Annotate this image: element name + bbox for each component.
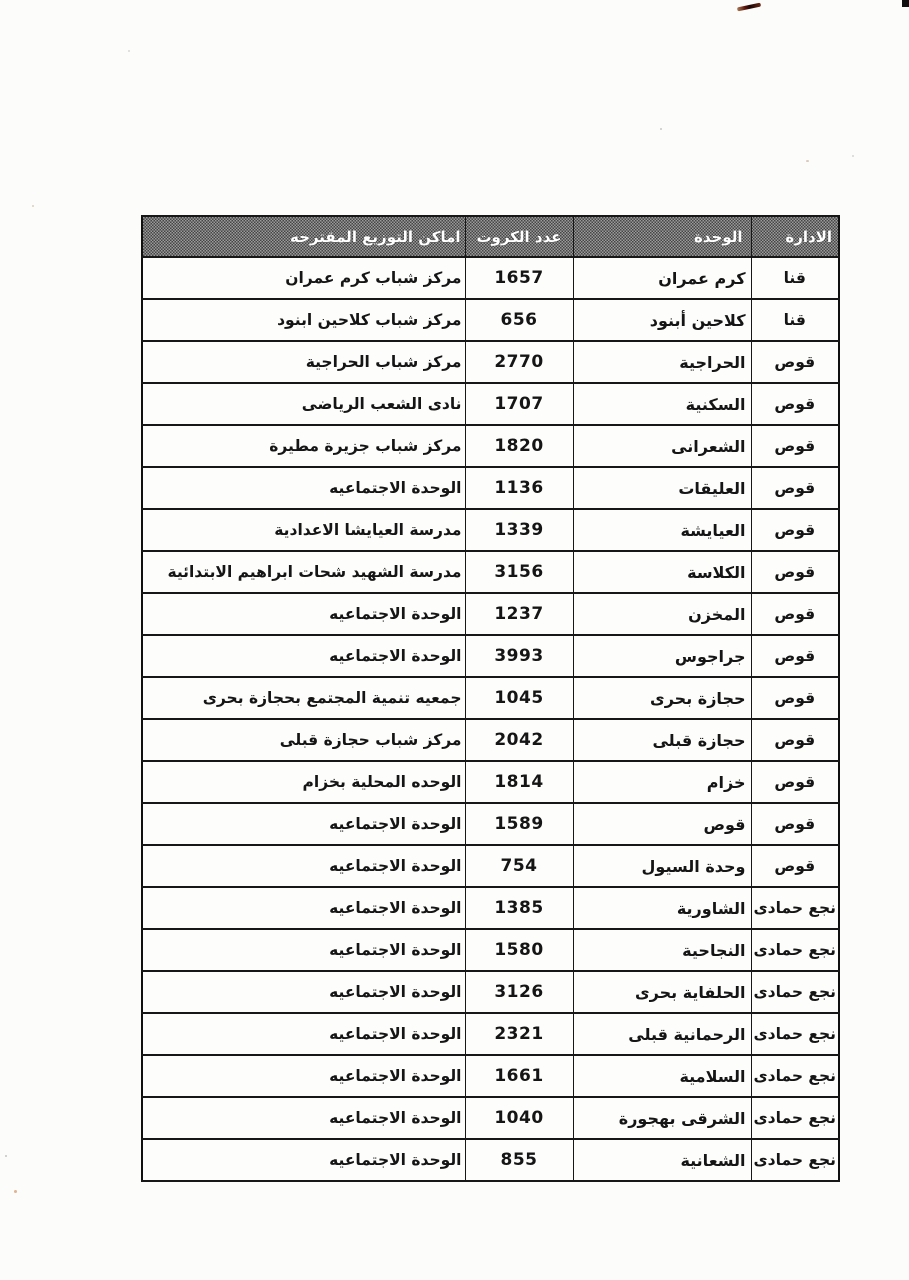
cell-place: الوحدة الاجتماعيه [142, 1097, 465, 1139]
cell-idara: قوص [751, 719, 839, 761]
cell-place: مدرسة العيايشا الاعدادية [142, 509, 465, 551]
table-row: قوصجراجوس3993الوحدة الاجتماعيه [142, 635, 839, 677]
cell-place: الوحدة الاجتماعيه [142, 1139, 465, 1181]
cell-place: الوحدة الاجتماعيه [142, 1013, 465, 1055]
table-row: قوصحجازة بحرى1045جمعيه تنمية المجتمع بحج… [142, 677, 839, 719]
cell-idara: قوص [751, 341, 839, 383]
cell-place: الوحدة الاجتماعيه [142, 887, 465, 929]
scan-speck [852, 155, 854, 157]
header-wahda: الوحدة [573, 216, 751, 257]
cell-place: الوحدة الاجتماعيه [142, 635, 465, 677]
scan-corner-mark [902, 0, 909, 7]
cell-place: مركز شباب كلاحين ابنود [142, 299, 465, 341]
cell-idara: قوص [751, 383, 839, 425]
scan-speck [5, 1155, 7, 1157]
cell-place: الوحده المحلية بخزام [142, 761, 465, 803]
cell-place: جمعيه تنمية المجتمع بحجازة بحرى [142, 677, 465, 719]
cell-wahda: الرحمانية قبلى [573, 1013, 751, 1055]
cell-place: الوحدة الاجتماعيه [142, 929, 465, 971]
cell-idara: نجع حمادى [751, 1055, 839, 1097]
table-row: قوصوحدة السيول754الوحدة الاجتماعيه [142, 845, 839, 887]
table-row: قوصخزام1814الوحده المحلية بخزام [142, 761, 839, 803]
cell-cards: 1136 [465, 467, 573, 509]
cell-wahda: كلاحين أبنود [573, 299, 751, 341]
table-row: قوصالسكنية1707نادى الشعب الرياضى [142, 383, 839, 425]
cell-cards: 1820 [465, 425, 573, 467]
table-row: قوصالكلاسة3156مدرسة الشهيد شحات ابراهيم … [142, 551, 839, 593]
scan-speck [806, 160, 809, 162]
header-distribution-places: اماكن التوزيع المقترحه [142, 216, 465, 257]
table-row: نجع حمادىالحلفاية بحرى3126الوحدة الاجتما… [142, 971, 839, 1013]
cell-place: مركز شباب حجازة قبلى [142, 719, 465, 761]
cell-wahda: الحراجية [573, 341, 751, 383]
cell-idara: نجع حمادى [751, 1139, 839, 1181]
cell-wahda: العليقات [573, 467, 751, 509]
cell-cards: 656 [465, 299, 573, 341]
cell-wahda: المخزن [573, 593, 751, 635]
cell-idara: نجع حمادى [751, 1097, 839, 1139]
cell-wahda: العيايشة [573, 509, 751, 551]
cell-cards: 1237 [465, 593, 573, 635]
table-row: قوصالمخزن1237الوحدة الاجتماعيه [142, 593, 839, 635]
table-row: قناكرم عمران1657مركز شباب كرم عمران [142, 257, 839, 299]
cell-wahda: السكنية [573, 383, 751, 425]
cell-cards: 1339 [465, 509, 573, 551]
cell-idara: قوص [751, 593, 839, 635]
cell-wahda: وحدة السيول [573, 845, 751, 887]
cell-cards: 1385 [465, 887, 573, 929]
table-row: نجع حمادىالشرقى بهجورة1040الوحدة الاجتما… [142, 1097, 839, 1139]
cell-wahda: الكلاسة [573, 551, 751, 593]
cell-idara: نجع حمادى [751, 971, 839, 1013]
cell-idara: قوص [751, 425, 839, 467]
cell-cards: 2042 [465, 719, 573, 761]
cell-idara: قوص [751, 845, 839, 887]
table-row: قوصقوص1589الوحدة الاجتماعيه [142, 803, 839, 845]
cell-place: الوحدة الاجتماعيه [142, 1055, 465, 1097]
cell-place: الوحدة الاجتماعيه [142, 845, 465, 887]
scan-speck [128, 50, 130, 52]
cell-cards: 2770 [465, 341, 573, 383]
header-cards-count: عدد الكروت [465, 216, 573, 257]
table-row: قناكلاحين أبنود656مركز شباب كلاحين ابنود [142, 299, 839, 341]
table-row: نجع حمادىالرحمانية قبلى2321الوحدة الاجتم… [142, 1013, 839, 1055]
cell-cards: 3993 [465, 635, 573, 677]
table-row: نجع حمادىالشاورية1385الوحدة الاجتماعيه [142, 887, 839, 929]
cell-place: الوحدة الاجتماعيه [142, 593, 465, 635]
cell-cards: 1040 [465, 1097, 573, 1139]
cell-cards: 3156 [465, 551, 573, 593]
scan-speck [32, 205, 34, 207]
cell-cards: 1580 [465, 929, 573, 971]
cell-place: نادى الشعب الرياضى [142, 383, 465, 425]
table-row: نجع حمادىالنجاحية1580الوحدة الاجتماعيه [142, 929, 839, 971]
cell-wahda: الحلفاية بحرى [573, 971, 751, 1013]
cell-idara: قوص [751, 677, 839, 719]
cell-cards: 3126 [465, 971, 573, 1013]
cell-idara: قوص [751, 803, 839, 845]
cell-cards: 1589 [465, 803, 573, 845]
cell-idara: قنا [751, 299, 839, 341]
cell-cards: 1657 [465, 257, 573, 299]
cell-cards: 1045 [465, 677, 573, 719]
cell-idara: قوص [751, 635, 839, 677]
cell-cards: 754 [465, 845, 573, 887]
cell-idara: قوص [751, 551, 839, 593]
table-row: نجع حمادىالشعانية855الوحدة الاجتماعيه [142, 1139, 839, 1181]
cell-wahda: الشعانية [573, 1139, 751, 1181]
cell-place: مركز شباب الحراجية [142, 341, 465, 383]
table-body: قناكرم عمران1657مركز شباب كرم عمرانقناكل… [142, 257, 839, 1181]
table-row: قوصحجازة قبلى2042مركز شباب حجازة قبلى [142, 719, 839, 761]
cell-idara: نجع حمادى [751, 1013, 839, 1055]
cell-cards: 1661 [465, 1055, 573, 1097]
cell-idara: قوص [751, 509, 839, 551]
cell-idara: قوص [751, 761, 839, 803]
cell-wahda: كرم عمران [573, 257, 751, 299]
cell-idara: قنا [751, 257, 839, 299]
distribution-table: الادارة الوحدة عدد الكروت اماكن التوزيع … [141, 215, 840, 1182]
scan-speck [14, 1190, 17, 1193]
table-row: قوصالعليقات1136الوحدة الاجتماعيه [142, 467, 839, 509]
cell-idara: قوص [751, 467, 839, 509]
cell-idara: نجع حمادى [751, 929, 839, 971]
cell-place: مدرسة الشهيد شحات ابراهيم الابتدائية [142, 551, 465, 593]
table-row: قوصالشعرانى1820مركز شباب جزيرة مطيرة [142, 425, 839, 467]
cell-place: الوحدة الاجتماعيه [142, 803, 465, 845]
cell-wahda: قوص [573, 803, 751, 845]
cell-wahda: السلامية [573, 1055, 751, 1097]
cell-idara: نجع حمادى [751, 887, 839, 929]
cell-wahda: النجاحية [573, 929, 751, 971]
table-row: نجع حمادىالسلامية1661الوحدة الاجتماعيه [142, 1055, 839, 1097]
cell-place: الوحدة الاجتماعيه [142, 971, 465, 1013]
cell-cards: 1707 [465, 383, 573, 425]
cell-place: مركز شباب جزيرة مطيرة [142, 425, 465, 467]
cell-wahda: الشرقى بهجورة [573, 1097, 751, 1139]
header-idara: الادارة [751, 216, 839, 257]
table-header-row: الادارة الوحدة عدد الكروت اماكن التوزيع … [142, 216, 839, 257]
cell-wahda: جراجوس [573, 635, 751, 677]
cell-wahda: خزام [573, 761, 751, 803]
cell-cards: 855 [465, 1139, 573, 1181]
red-pen-mark [737, 3, 761, 12]
cell-place: الوحدة الاجتماعيه [142, 467, 465, 509]
scan-speck [660, 128, 662, 130]
cell-place: مركز شباب كرم عمران [142, 257, 465, 299]
cell-wahda: حجازة قبلى [573, 719, 751, 761]
table-row: قوصالعيايشة1339مدرسة العيايشا الاعدادية [142, 509, 839, 551]
cell-cards: 2321 [465, 1013, 573, 1055]
cell-wahda: حجازة بحرى [573, 677, 751, 719]
cell-wahda: الشاورية [573, 887, 751, 929]
cell-wahda: الشعرانى [573, 425, 751, 467]
document-page: الادارة الوحدة عدد الكروت اماكن التوزيع … [0, 0, 909, 1280]
table-row: قوصالحراجية2770مركز شباب الحراجية [142, 341, 839, 383]
cell-cards: 1814 [465, 761, 573, 803]
